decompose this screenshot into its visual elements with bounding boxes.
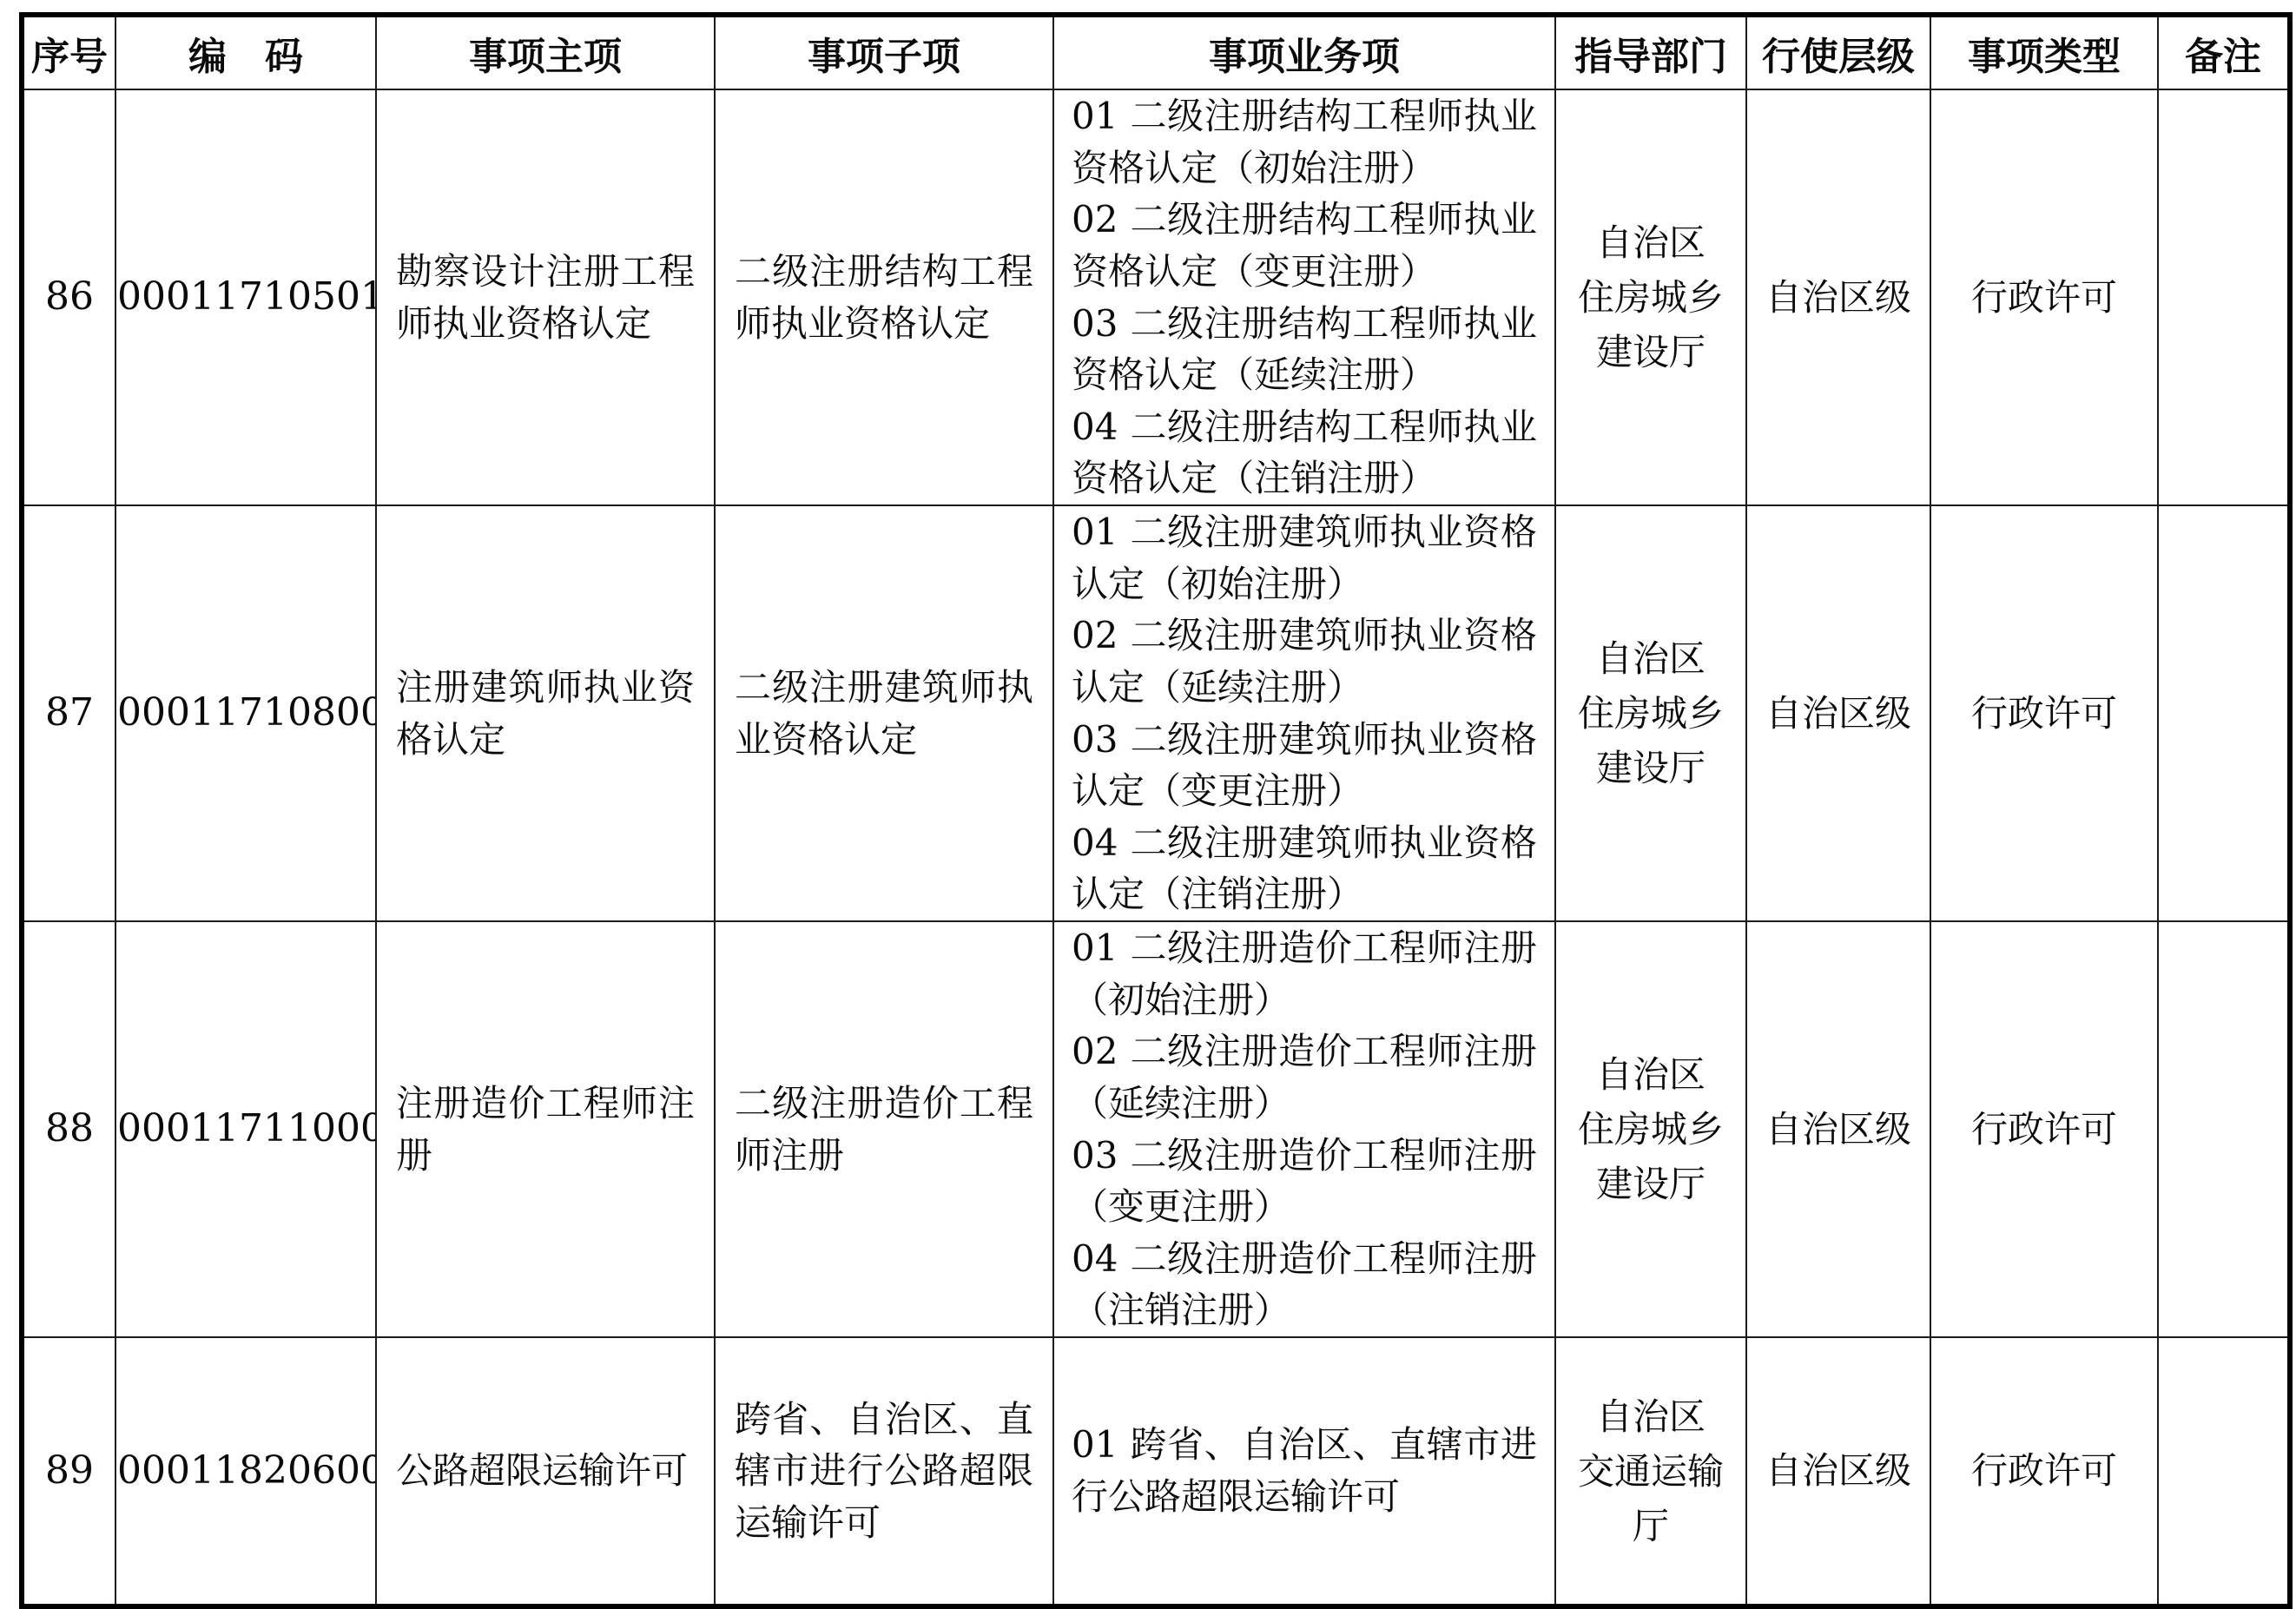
cell-business-items: 01 跨省、自治区、直辖市进行公路超限运输许可 bbox=[1053, 1337, 1555, 1590]
cell-code: 000117110002 bbox=[115, 921, 376, 1337]
cell-sub-item: 二级注册建筑师执业资格认定 bbox=[715, 505, 1053, 921]
cell-remarks bbox=[2158, 1337, 2290, 1590]
cell-index: 86 bbox=[22, 89, 115, 505]
cell-item-type: 行政许可 bbox=[1930, 89, 2158, 505]
cell-exercise-level: 自治区级 bbox=[1746, 89, 1930, 505]
cell-business-items: 01 二级注册造价工程师注册（初始注册） 02 二级注册造价工程师注册（延续注册… bbox=[1053, 921, 1555, 1337]
cell-main-item: 注册建筑师执业资格认定 bbox=[376, 505, 715, 921]
col-header-main-item: 事项主项 bbox=[376, 15, 715, 89]
col-header-sub-item: 事项子项 bbox=[715, 15, 1053, 89]
cell-business-items: 01 二级注册建筑师执业资格认定（初始注册） 02 二级注册建筑师执业资格认定（… bbox=[1053, 505, 1555, 921]
cell-item-type: 行政许可 bbox=[1930, 505, 2158, 921]
cell-main-item: 公路超限运输许可 bbox=[376, 1337, 715, 1590]
cell-main-item: 注册造价工程师注册 bbox=[376, 921, 715, 1337]
cell-remarks bbox=[2158, 921, 2290, 1337]
col-header-code: 编 码 bbox=[115, 15, 376, 89]
table-row: 86 000117105017 勘察设计注册工程师执业资格认定 二级注册结构工程… bbox=[22, 89, 2290, 505]
cell-code: 000117105017 bbox=[115, 89, 376, 505]
cell-index: 89 bbox=[22, 1337, 115, 1590]
cell-index: 87 bbox=[22, 505, 115, 921]
cell-sub-item: 二级注册造价工程师注册 bbox=[715, 921, 1053, 1337]
cell-code: 000117108002 bbox=[115, 505, 376, 921]
cell-business-items: 01 二级注册结构工程师执业资格认定（初始注册） 02 二级注册结构工程师执业资… bbox=[1053, 89, 1555, 505]
col-header-item-type: 事项类型 bbox=[1930, 15, 2158, 89]
cell-sub-item: 二级注册结构工程师执业资格认定 bbox=[715, 89, 1053, 505]
cell-remarks bbox=[2158, 89, 2290, 505]
cell-guiding-department: 自治区 住房城乡 建设厅 bbox=[1555, 89, 1746, 505]
col-header-remarks: 备注 bbox=[2158, 15, 2290, 89]
cell-index: 88 bbox=[22, 921, 115, 1337]
admin-items-table: 序号 编 码 事项主项 事项子项 事项业务项 指导部门 行使层级 事项类型 备注… bbox=[19, 12, 2293, 1590]
cell-remarks bbox=[2158, 505, 2290, 921]
cell-item-type: 行政许可 bbox=[1930, 921, 2158, 1337]
cell-exercise-level: 自治区级 bbox=[1746, 921, 1930, 1337]
cell-exercise-level: 自治区级 bbox=[1746, 505, 1930, 921]
cell-sub-item: 跨省、自治区、直辖市进行公路超限运输许可 bbox=[715, 1337, 1053, 1590]
col-header-guiding-department: 指导部门 bbox=[1555, 15, 1746, 89]
scanned-page: 序号 编 码 事项主项 事项子项 事项业务项 指导部门 行使层级 事项类型 备注… bbox=[19, 12, 2293, 1590]
col-header-exercise-level: 行使层级 bbox=[1746, 15, 1930, 89]
cell-item-type: 行政许可 bbox=[1930, 1337, 2158, 1590]
table-row: 87 000117108002 注册建筑师执业资格认定 二级注册建筑师执业资格认… bbox=[22, 505, 2290, 921]
col-header-business-items: 事项业务项 bbox=[1053, 15, 1555, 89]
cell-guiding-department: 自治区 住房城乡 建设厅 bbox=[1555, 505, 1746, 921]
table-row: 89 000118206001 公路超限运输许可 跨省、自治区、直辖市进行公路超… bbox=[22, 1337, 2290, 1590]
cell-guiding-department: 自治区 交通运输厅 bbox=[1555, 1337, 1746, 1590]
cell-main-item: 勘察设计注册工程师执业资格认定 bbox=[376, 89, 715, 505]
cell-code: 000118206001 bbox=[115, 1337, 376, 1590]
table-row: 88 000117110002 注册造价工程师注册 二级注册造价工程师注册 01… bbox=[22, 921, 2290, 1337]
cell-guiding-department: 自治区 住房城乡 建设厅 bbox=[1555, 921, 1746, 1337]
cell-exercise-level: 自治区级 bbox=[1746, 1337, 1930, 1590]
table-header-row: 序号 编 码 事项主项 事项子项 事项业务项 指导部门 行使层级 事项类型 备注 bbox=[22, 15, 2290, 89]
col-header-index: 序号 bbox=[22, 15, 115, 89]
